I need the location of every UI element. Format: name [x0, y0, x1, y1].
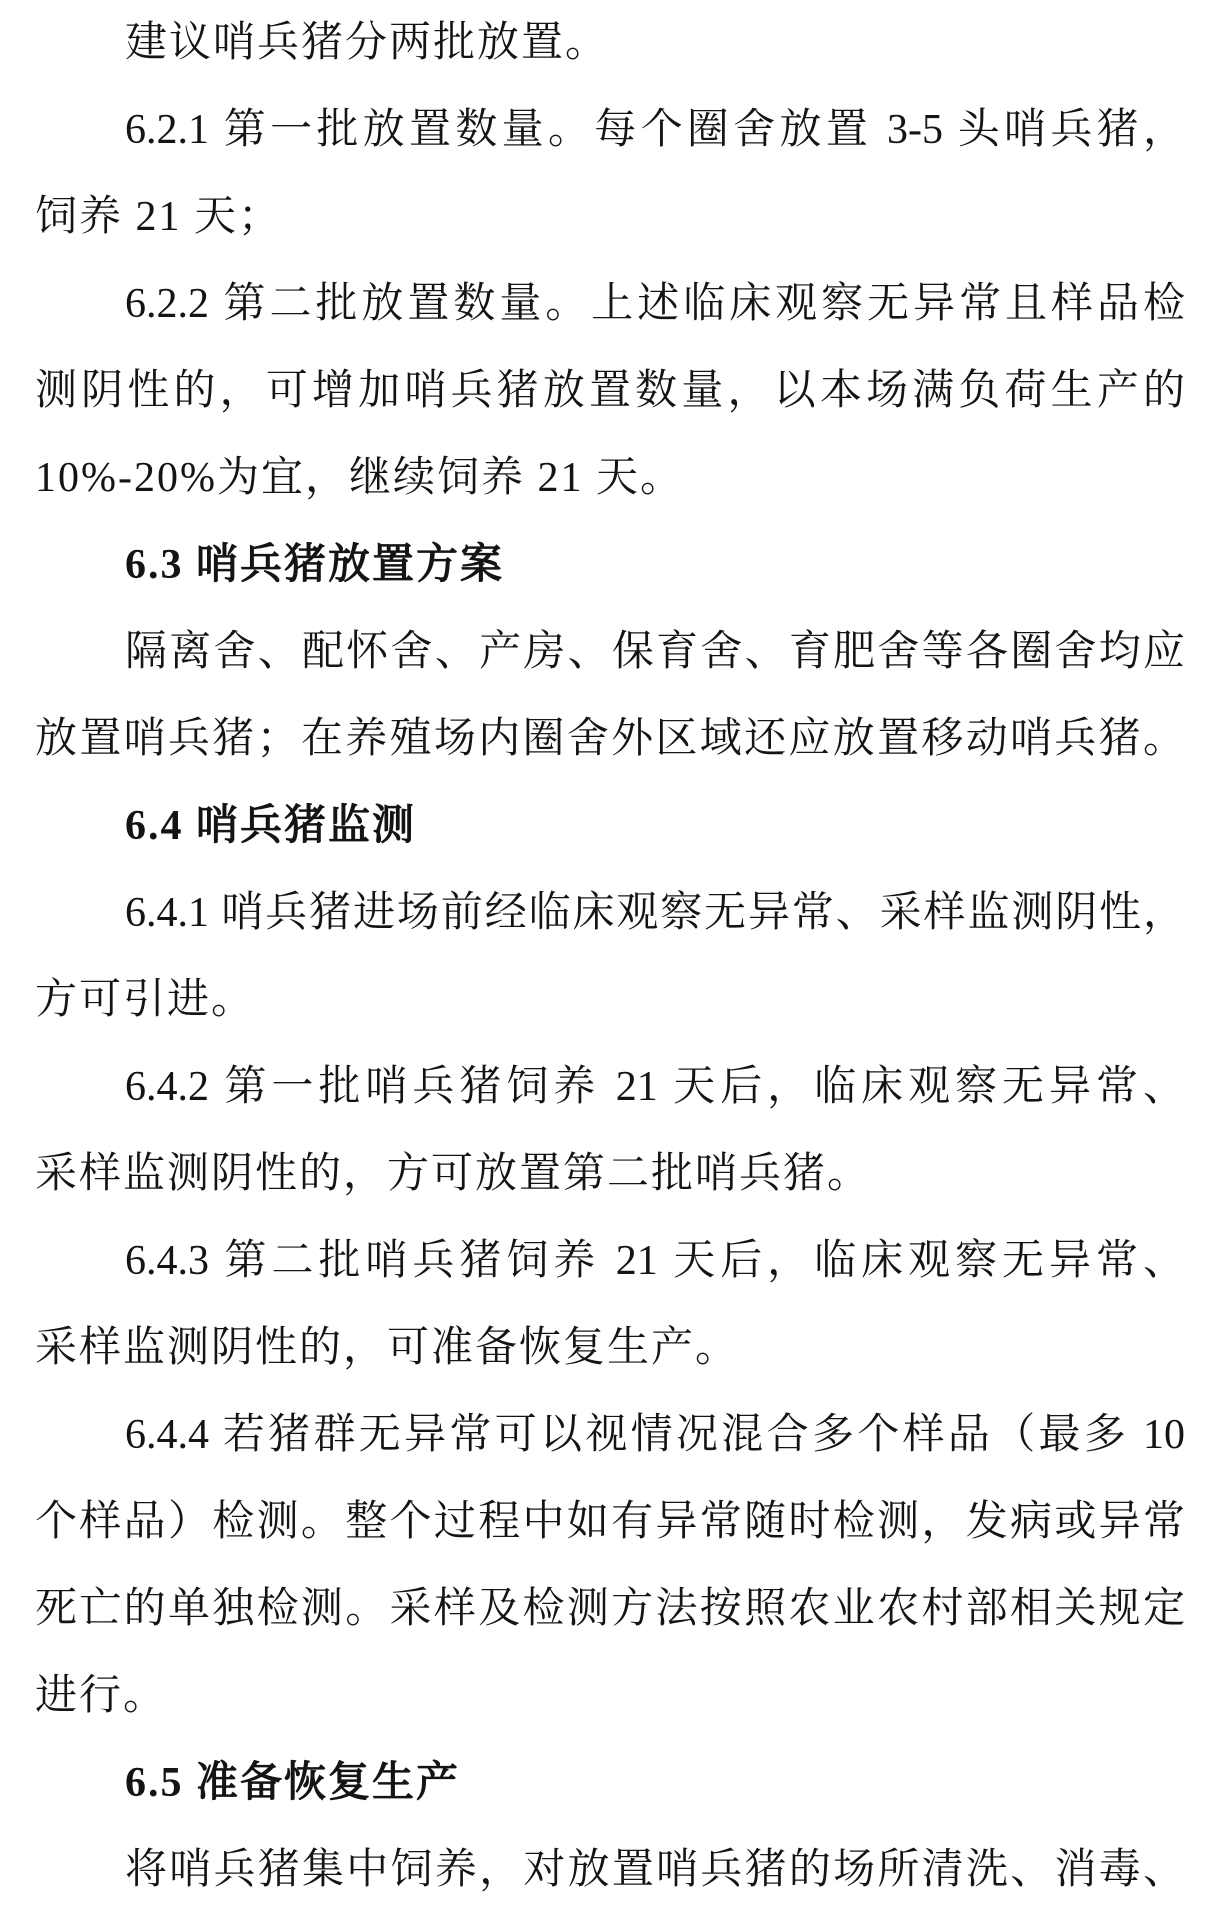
- text-line: 建议哨兵猪分两批放置。: [35, 0, 1185, 87]
- text-line: 6.2.2 第二批放置数量。上述临床观察无异常且样品检: [35, 261, 1185, 348]
- text-line: 采样监测阴性的，可准备恢复生产。: [35, 1305, 1185, 1392]
- text-line: 采样监测阴性的，方可放置第二批哨兵猪。: [35, 1131, 1185, 1218]
- text-line: 进行。: [35, 1653, 1185, 1740]
- text-line: 隔离舍、配怀舍、产房、保育舍、育肥舍等各圈舍均应: [35, 609, 1185, 696]
- text-line: 6.4.4 若猪群无异常可以视情况混合多个样品（最多 10: [35, 1392, 1185, 1479]
- section-heading: 6.4 哨兵猪监测: [35, 783, 1185, 870]
- text-line: 死亡的单独检测。采样及检测方法按照农业农村部相关规定: [35, 1566, 1185, 1653]
- text-line: 6.2.1 第一批放置数量。每个圈舍放置 3-5 头哨兵猪，: [35, 87, 1185, 174]
- text-line: 6.4.2 第一批哨兵猪饲养 21 天后，临床观察无异常、: [35, 1044, 1185, 1131]
- section-heading: 6.5 准备恢复生产: [35, 1740, 1185, 1827]
- text-line: 将哨兵猪集中饲养，对放置哨兵猪的场所清洗、消毒、: [35, 1827, 1185, 1912]
- text-line: 测阴性的，可增加哨兵猪放置数量，以本场满负荷生产的: [35, 348, 1185, 435]
- document-page: 建议哨兵猪分两批放置。6.2.1 第一批放置数量。每个圈舍放置 3-5 头哨兵猪…: [0, 0, 1212, 1912]
- text-line: 6.4.1 哨兵猪进场前经临床观察无异常、采样监测阴性，: [35, 870, 1185, 957]
- text-line: 方可引进。: [35, 957, 1185, 1044]
- text-line: 10%-20%为宜，继续饲养 21 天。: [35, 435, 1185, 522]
- text-line: 个样品）检测。整个过程中如有异常随时检测，发病或异常: [35, 1479, 1185, 1566]
- text-line: 6.4.3 第二批哨兵猪饲养 21 天后，临床观察无异常、: [35, 1218, 1185, 1305]
- document-body: 建议哨兵猪分两批放置。6.2.1 第一批放置数量。每个圈舍放置 3-5 头哨兵猪…: [35, 0, 1185, 1912]
- text-line: 放置哨兵猪；在养殖场内圈舍外区域还应放置移动哨兵猪。: [35, 696, 1185, 783]
- section-heading: 6.3 哨兵猪放置方案: [35, 522, 1185, 609]
- text-line: 饲养 21 天；: [35, 174, 1185, 261]
